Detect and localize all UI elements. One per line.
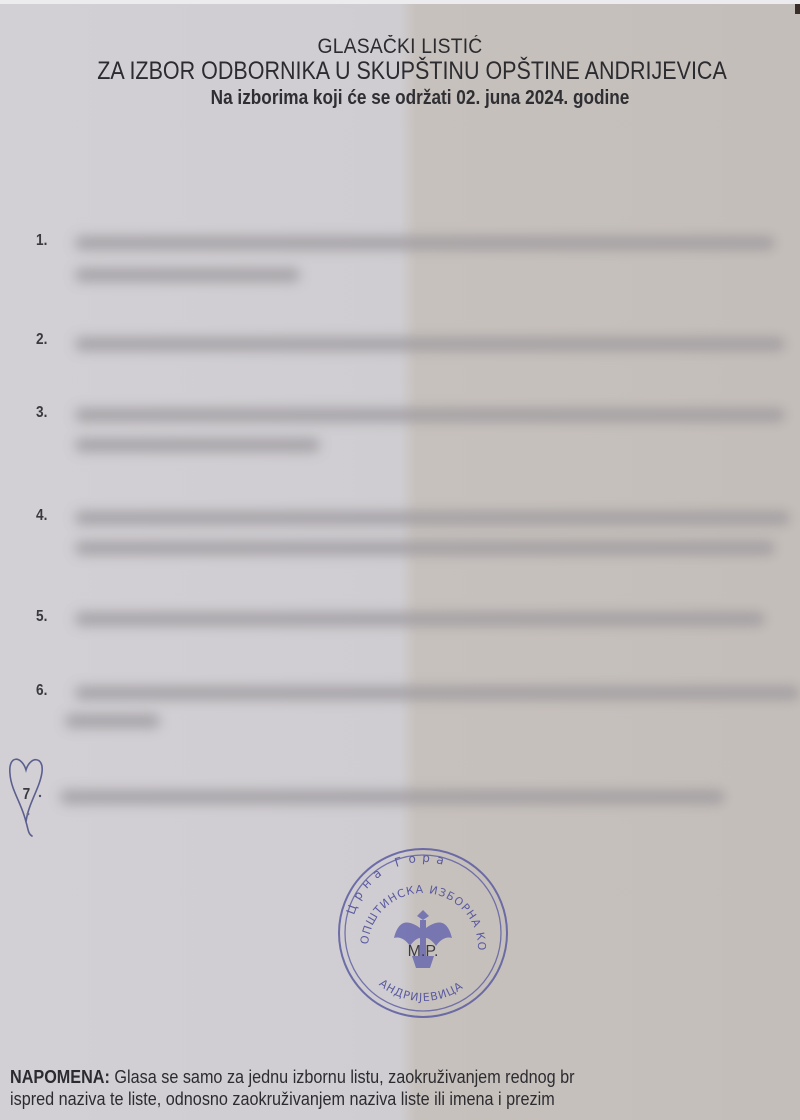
paper-edge xyxy=(0,0,800,4)
redacted-text xyxy=(75,612,765,626)
redacted-text xyxy=(65,714,160,728)
entry-number: 2. xyxy=(36,331,47,349)
note-line-1: Glasa se samo za jednu izbornu listu, za… xyxy=(110,1067,575,1087)
election-date-line: Na izborima koji će se održati 02. juna … xyxy=(76,87,764,110)
corner-mark xyxy=(795,4,800,14)
svg-text:M.P.: M.P. xyxy=(408,943,439,960)
redacted-text xyxy=(75,236,775,250)
svg-text:АНДРИЈЕВИЦА: АНДРИЈЕВИЦА xyxy=(377,977,466,1005)
note-label: NAPOMENA: xyxy=(10,1067,110,1087)
entry-number: 6. xyxy=(36,682,47,700)
entry-number: 1. xyxy=(36,232,47,250)
redacted-text xyxy=(75,438,320,452)
redacted-text xyxy=(75,268,300,282)
svg-text:Црна Гора: Црна Гора xyxy=(344,851,452,917)
redacted-text xyxy=(75,408,785,422)
entry-number: 3. xyxy=(36,404,47,422)
redacted-text xyxy=(75,511,790,525)
ballot-title: GLASAČKI LISTIĆ xyxy=(32,35,768,59)
ballot-note: NAPOMENA: Glasa se samo za jednu izbornu… xyxy=(10,1066,575,1110)
redacted-text xyxy=(60,790,725,804)
note-line-2: ispred naziva te liste, odnosno zaokruži… xyxy=(10,1088,575,1110)
hand-drawn-heart-mark xyxy=(4,752,48,842)
redacted-text xyxy=(75,541,775,555)
entry-number: 5. xyxy=(36,608,47,626)
redacted-text xyxy=(75,686,800,700)
redacted-text xyxy=(75,337,785,351)
ballot-subtitle: ZA IZBOR ODBORNIKA U SKUPŠTINU OPŠTINE A… xyxy=(68,57,756,86)
official-stamp: Црна Гора ОПШТИНСКА ИЗБОРНА КОМИСИЈА АНД… xyxy=(328,848,518,1018)
entry-number: 4. xyxy=(36,507,47,525)
